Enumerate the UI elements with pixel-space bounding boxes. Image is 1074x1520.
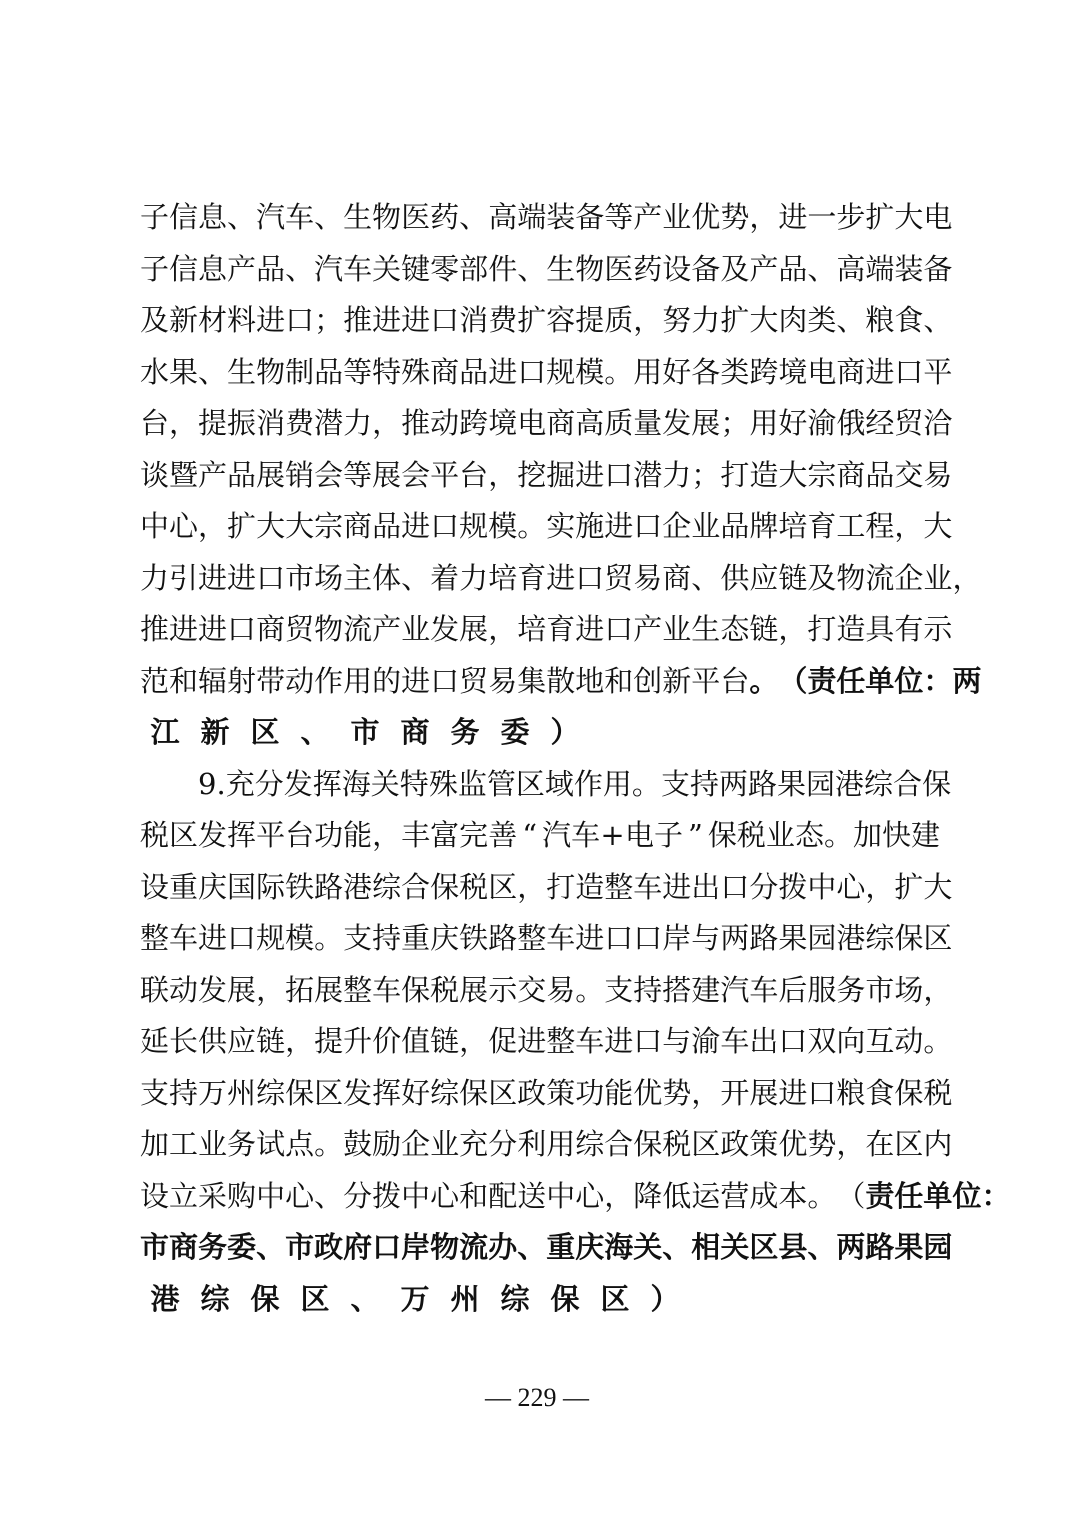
text-line: 子信息、汽车、生物医药、高端装备等产业优势，进一步扩大电 bbox=[140, 192, 940, 244]
text-line: 水果、生物制品等特殊商品进口规模。用好各类跨境电商进口平 bbox=[140, 347, 940, 399]
text-line: 范和辐射带动作用的进口贸易集散地和创新平台。（责任单位：两 bbox=[140, 656, 940, 708]
text-line: 联动发展，拓展整车保税展示交易。支持搭建汽车后服务市场， bbox=[140, 965, 940, 1017]
text-line: 设重庆国际铁路港综合保税区，打造整车进出口分拨中心，扩大 bbox=[140, 862, 940, 914]
text-line: 支持万州综保区发挥好综保区政策功能优势，开展进口粮食保税 bbox=[140, 1068, 940, 1120]
text-line: 税区发挥平台功能，丰富完善“汽车+电子”保税业态。加快建 bbox=[140, 810, 940, 862]
text-line: 设立采购中心、分拨中心和配送中心，降低运营成本。（责任单位： bbox=[140, 1171, 940, 1223]
text-line: 台，提振消费潜力，推动跨境电商高质量发展；用好渝俄经贸洽 bbox=[140, 398, 940, 450]
text-line: 江新区、市商务委） bbox=[140, 707, 940, 759]
text-line: 港综保区、万州综保区） bbox=[140, 1274, 940, 1326]
text-line: 加工业务试点。鼓励企业充分利用综合保税区政策优势，在区内 bbox=[140, 1119, 940, 1171]
text-line: 中心，扩大大宗商品进口规模。实施进口企业品牌培育工程，大 bbox=[140, 501, 940, 553]
text-line: 力引进进口市场主体、着力培育进口贸易商、供应链及物流企业， bbox=[140, 553, 940, 605]
text-line: 及新材料进口；推进进口消费扩容提质，努力扩大肉类、粮食、 bbox=[140, 295, 940, 347]
text-line: 整车进口规模。支持重庆铁路整车进口口岸与两路果园港综保区 bbox=[140, 913, 940, 965]
text-line: 推进进口商贸物流产业发展，培育进口产业生态链，打造具有示 bbox=[140, 604, 940, 656]
text-line: 延长供应链，提升价值链，促进整车进口与渝车出口双向互动。 bbox=[140, 1016, 940, 1068]
text-line: 谈暨产品展销会等展会平台，挖掘进口潜力；打造大宗商品交易 bbox=[140, 450, 940, 502]
text-line: 子信息产品、汽车关键零部件、生物医药设备及产品、高端装备 bbox=[140, 244, 940, 296]
text-line: 9. 充分发挥海关特殊监管区域作用。支持两路果园港综合保 bbox=[140, 759, 940, 811]
document-body: 子信息、汽车、生物医药、高端装备等产业优势，进一步扩大电子信息产品、汽车关键零部… bbox=[140, 192, 940, 1325]
page-number: — 229 — bbox=[0, 1383, 1074, 1413]
text-line: 市商务委、市政府口岸物流办、重庆海关、相关区县、两路果园 bbox=[140, 1222, 940, 1274]
